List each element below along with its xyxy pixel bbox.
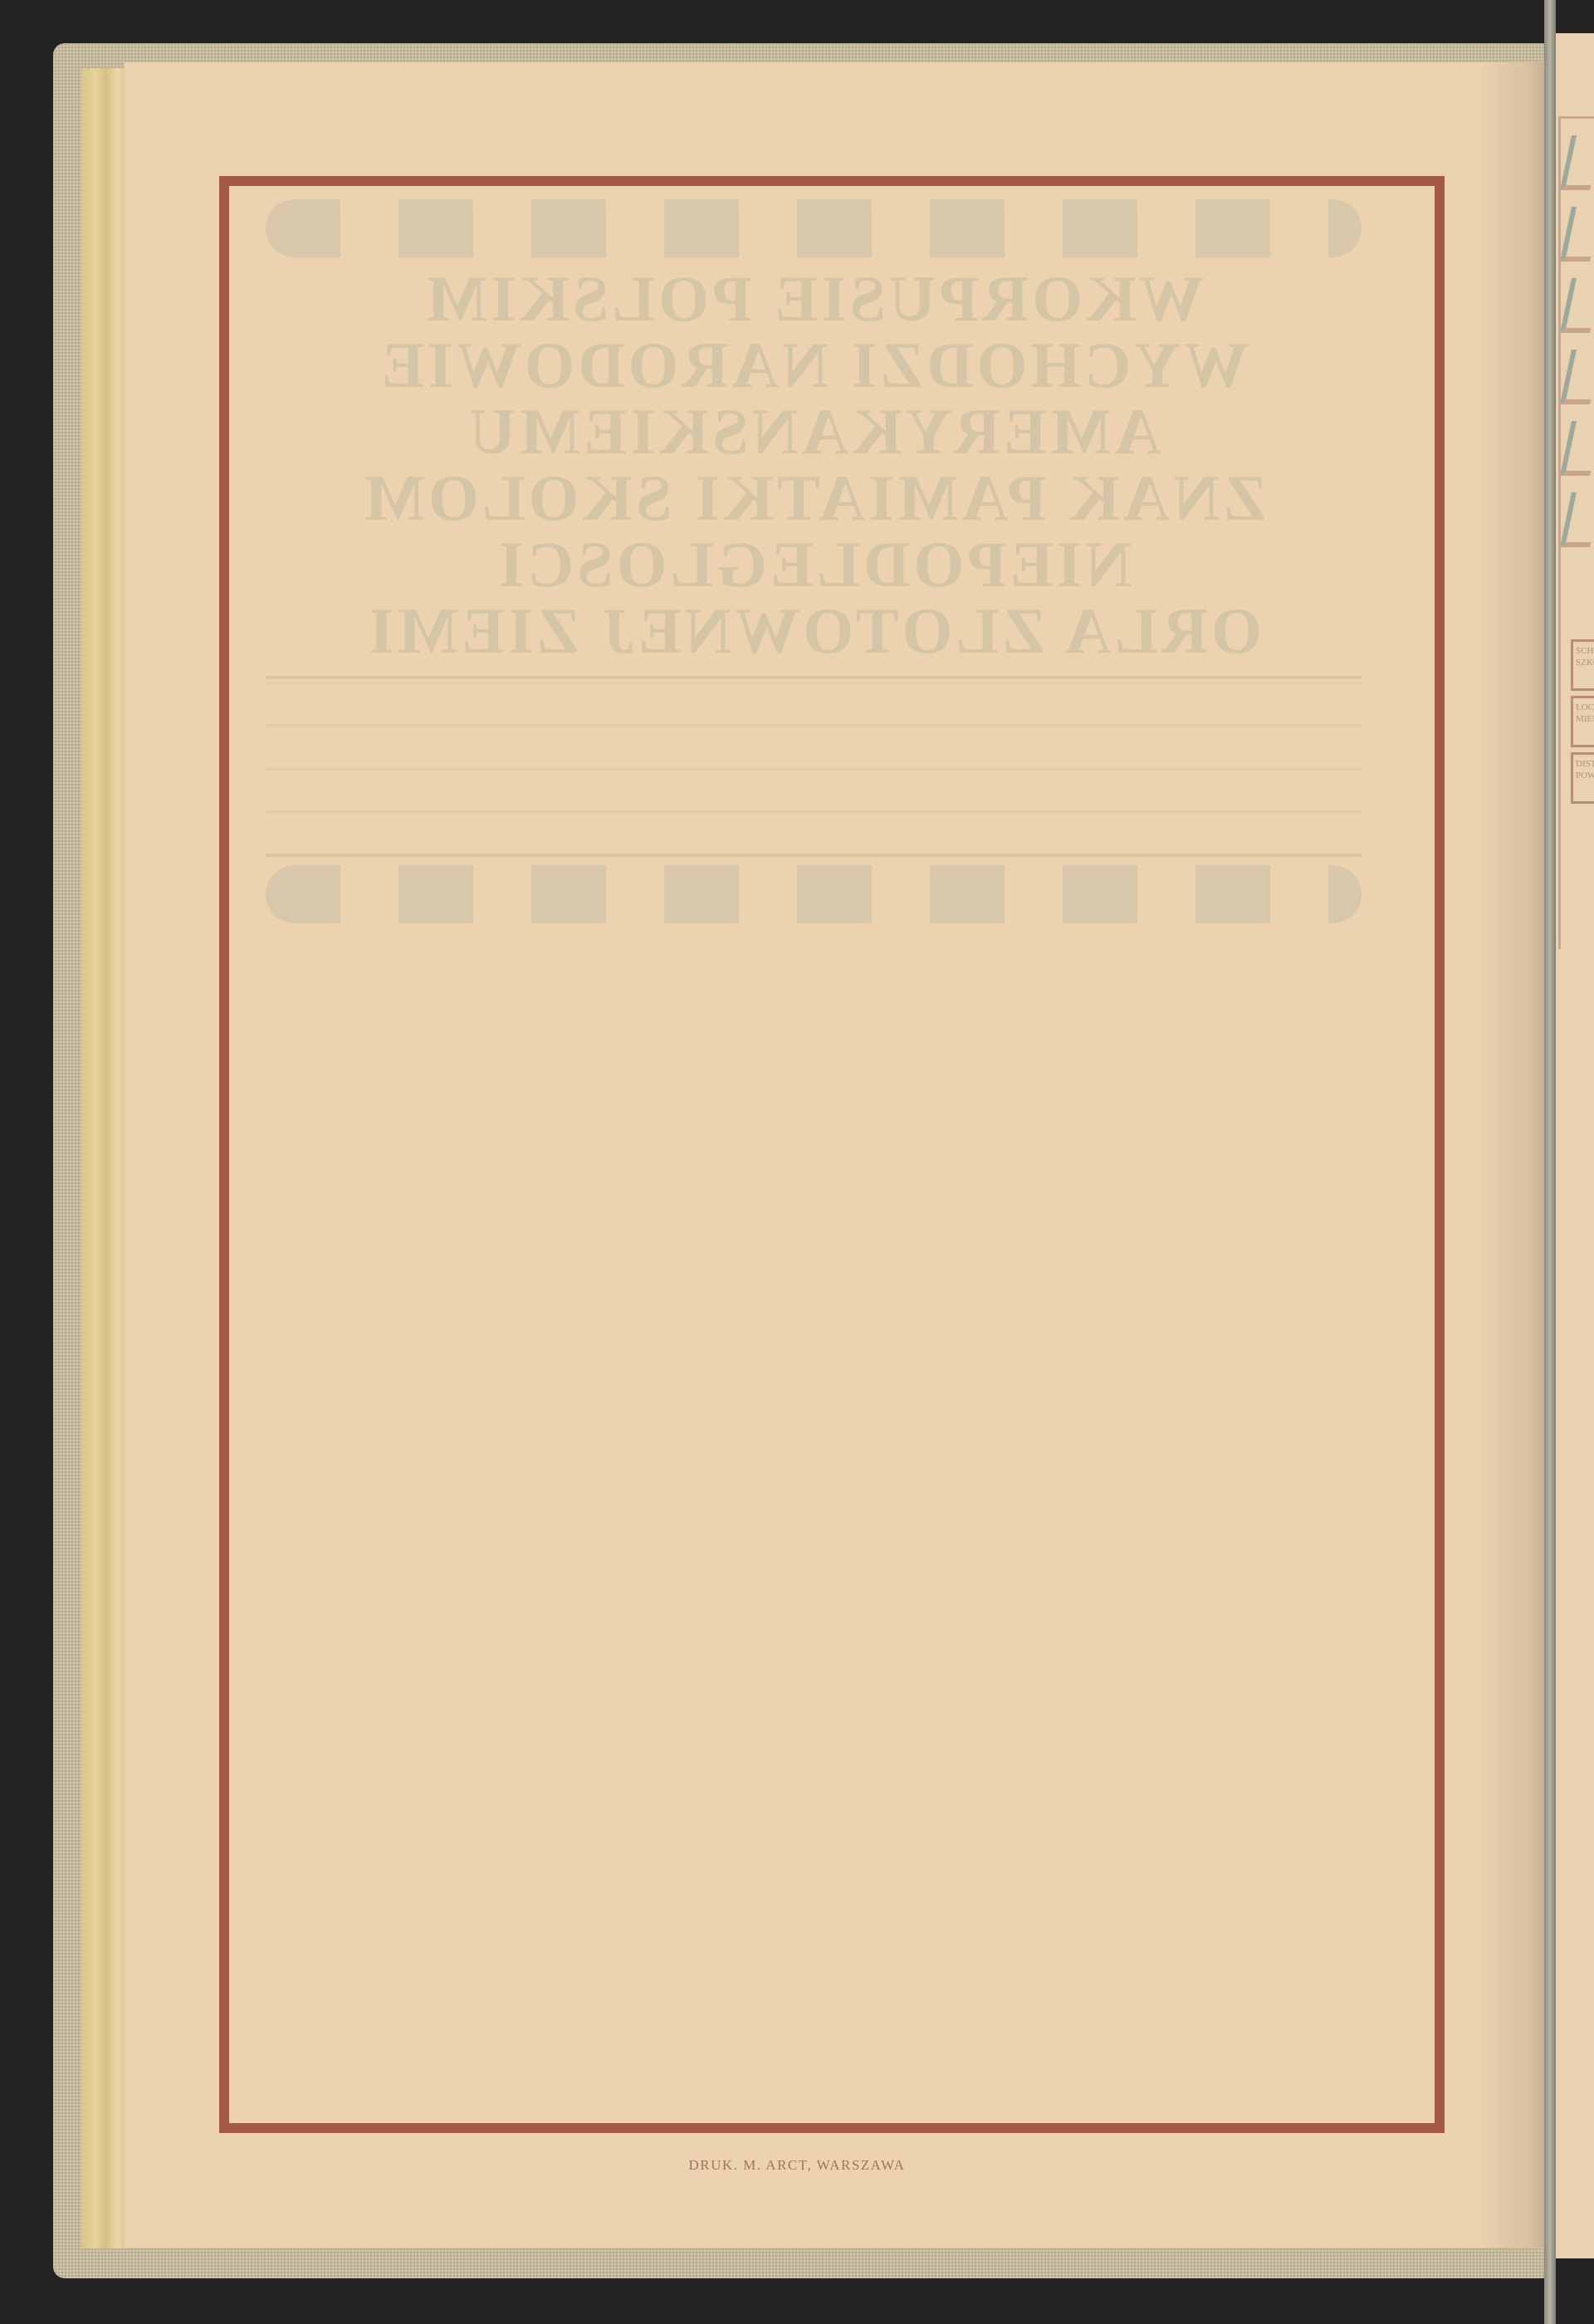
ornament-glyph: [1560, 492, 1594, 547]
gutter-shadow: [1478, 62, 1552, 2248]
right-page-ornament: [1558, 116, 1594, 949]
right-page-label-box: DIST POW: [1571, 752, 1594, 804]
ornament-glyph: [1560, 350, 1594, 404]
ornament-glyph: [1560, 135, 1594, 190]
right-page-label-box: LOCA MIEI: [1571, 696, 1594, 747]
printer-imprint: DRUK. M. ARCT, WARSZAWA: [0, 2157, 1594, 2174]
page-edges: [81, 68, 126, 2248]
right-page-label-box: SCHO SZKO: [1571, 639, 1594, 691]
ornament-glyph: [1560, 207, 1594, 262]
ornament-glyph: [1560, 278, 1594, 333]
book-spine-gutter: [1544, 0, 1556, 2324]
page-border-frame: [219, 176, 1445, 2133]
ornament-glyph: [1560, 421, 1594, 476]
